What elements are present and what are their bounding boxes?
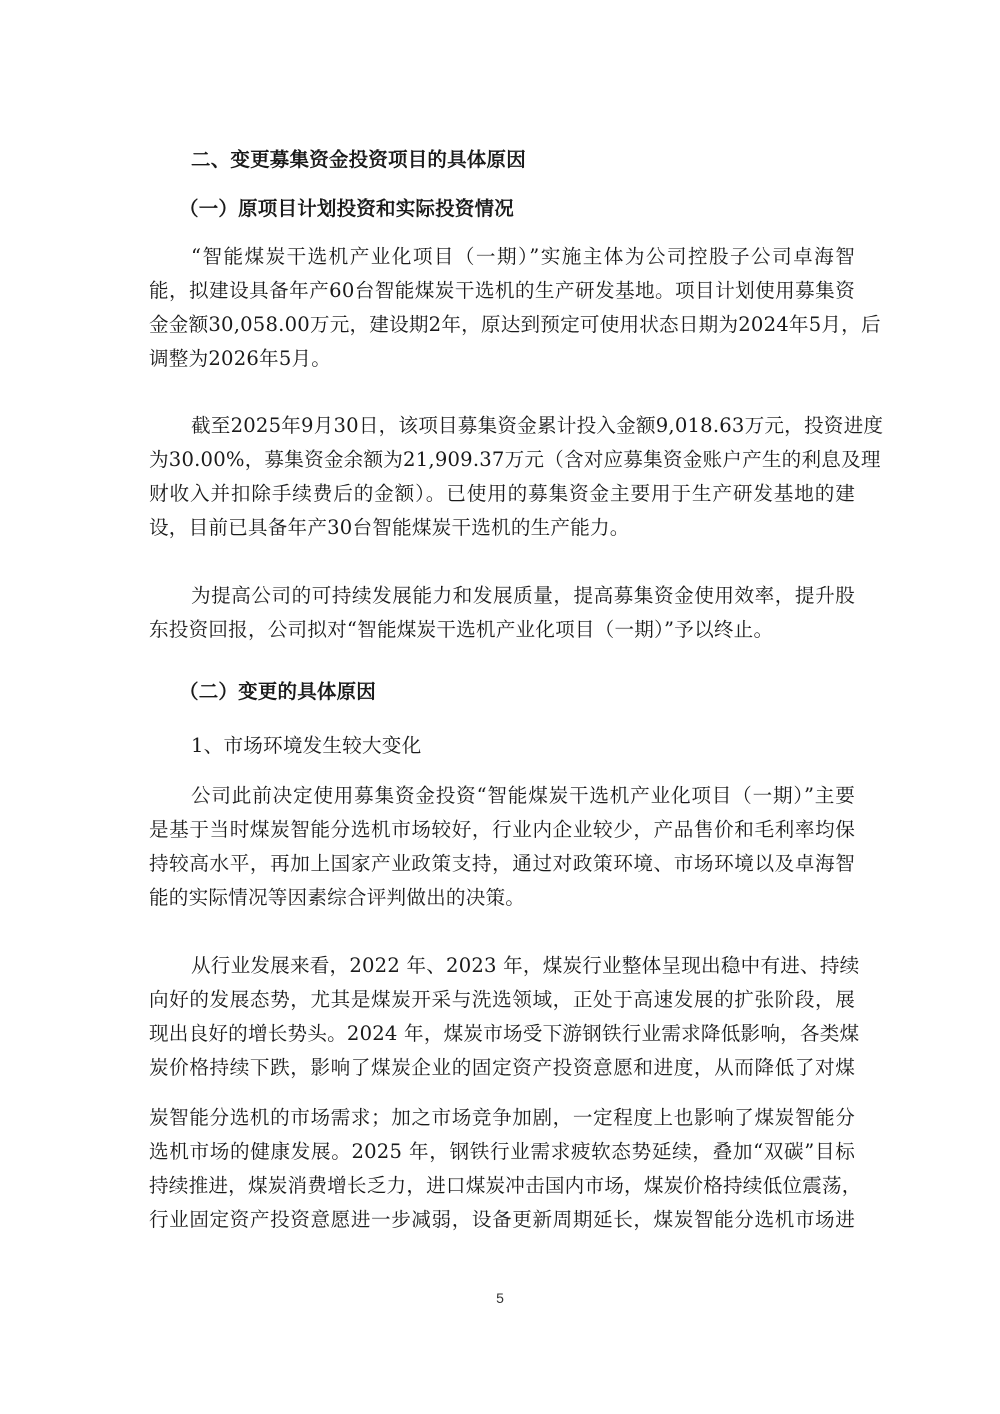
paragraph-line: 截至2025年9月30日，该项目募集资金累计投入金额9,018.63万元，投资进… [191,414,855,438]
paragraph-line: 向好的发展态势，尤其是煤炭开采与洗选领域，正处于高速发展的扩张阶段，展 [149,988,855,1012]
paragraph-line: 为提高公司的可持续发展能力和发展质量，提高募集资金使用效率，提升股 [191,584,855,608]
paragraph-line: 持较高水平，再加上国家产业政策支持，通过对政策环境、市场环境以及卓海智 [149,852,855,876]
paragraph-line: 持续推进，煤炭消费增长乏力，进口煤炭冲击国内市场，煤炭价格持续低位震荡， [149,1174,855,1198]
paragraph-line: 从行业发展来看，2022 年、2023 年，煤炭行业整体呈现出稳中有进、持续 [191,954,855,978]
paragraph-line: 公司此前决定使用募集资金投资“智能煤炭干选机产业化项目（一期）”主要 [191,784,855,808]
item-heading-market-change: 1、市场环境发生较大变化 [191,734,421,758]
paragraph-line: 能的实际情况等因素综合评判做出的决策。 [149,886,525,910]
paragraph-line: 能，拟建设具备年产60台智能煤炭干选机的生产研发基地。项目计划使用募集资 [149,279,855,303]
paragraph-line: 财收入并扣除手续费后的金额）。已使用的募集资金主要用于生产研发基地的建 [149,482,855,506]
paragraph-line: 行业固定资产投资意愿进一步减弱，设备更新周期延长，煤炭智能分选机市场进 [149,1208,855,1232]
page-number: 5 [0,1290,1000,1306]
paragraph-line: 调整为2026年5月。 [149,347,331,371]
paragraph-line: “智能煤炭干选机产业化项目（一期）”实施主体为公司控股子公司卓海智 [191,245,855,269]
subsection-heading-original-plan: （一）原项目计划投资和实际投资情况 [179,197,514,221]
paragraph-line: 现出良好的增长势头。2024 年，煤炭市场受下游钢铁行业需求降低影响，各类煤 [149,1022,855,1046]
paragraph-line: 设，目前已具备年产30台智能煤炭干选机的生产能力。 [149,516,630,540]
paragraph-line: 炭价格持续下跌，影响了煤炭企业的固定资产投资意愿和进度，从而降低了对煤 [149,1056,855,1080]
subsection-heading-change-reasons: （二）变更的具体原因 [179,680,376,704]
paragraph-line: 是基于当时煤炭智能分选机市场较好，行业内企业较少，产品售价和毛利率均保 [149,818,855,842]
paragraph-line: 选机市场的健康发展。2025 年，钢铁行业需求疲软态势延续，叠加“双碳”目标 [149,1140,855,1164]
paragraph-line: 东投资回报，公司拟对“智能煤炭干选机产业化项目（一期）”予以终止。 [149,618,773,642]
paragraph-line: 金金额30,058.00万元，建设期2年，原达到预定可使用状态日期为2024年5… [149,313,855,337]
paragraph-line: 炭智能分选机的市场需求；加之市场竞争加剧，一定程度上也影响了煤炭智能分 [149,1106,855,1130]
paragraph-line: 为30.00%，募集资金余额为21,909.37万元（含对应募集资金账户产生的利… [149,448,855,472]
section-heading: 二、变更募集资金投资项目的具体原因 [191,148,526,172]
